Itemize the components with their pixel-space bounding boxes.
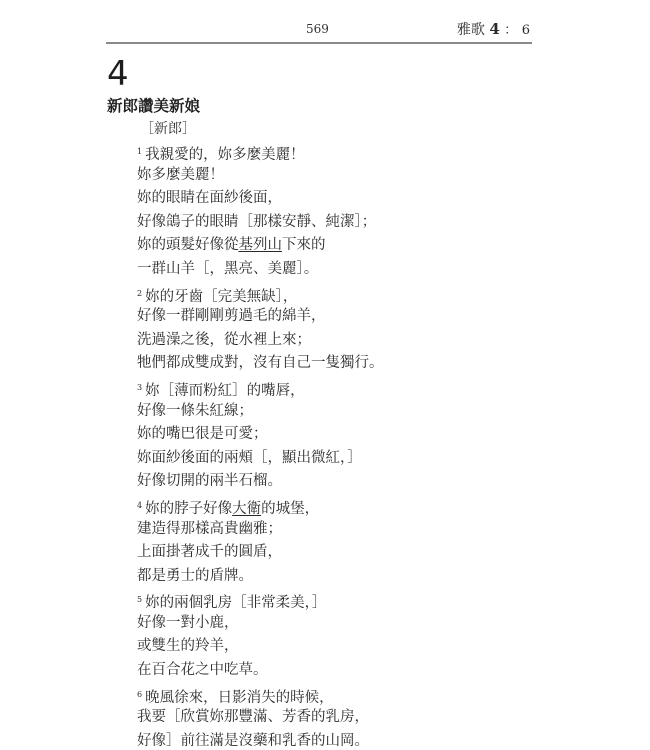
verse-line: 好像一群剛剛剪過毛的綿羊， [137, 305, 384, 329]
verse-line: 洗過澡之後，從水裡上來； [137, 329, 384, 353]
verse-line: 我要［欣賞妳那豐滿、芳香的乳房， [137, 706, 384, 730]
verse-line: 好像一條朱紅線； [137, 400, 384, 424]
verse-line-text: 妳的脖子好像 [145, 501, 232, 517]
running-head-verse: 6 [522, 23, 530, 38]
verse-line: 4妳的脖子好像大衛的城堡， [137, 494, 384, 518]
verse-line-text: 好像切開的兩半石榴。 [137, 473, 282, 489]
verse-line: 妳的頭髮好像從基列山下來的 [137, 234, 384, 258]
verse-line: 5妳的兩個乳房［非常柔美，］ [137, 588, 384, 612]
running-head-separator: ： [504, 23, 517, 38]
verse-line: 一群山羊［，黑亮、美麗］。 [137, 258, 384, 282]
verse-line: 妳的嘴巴很是可愛； [137, 423, 384, 447]
verse-line-text: 好像一對小鹿， [137, 615, 239, 631]
verse-line-text: 上面掛著成千的圓盾， [137, 544, 282, 560]
verse-line-text: 妳的嘴巴很是可愛； [137, 426, 268, 442]
verse-line-text: 妳的兩個乳房［非常柔美，］ [145, 595, 326, 611]
running-head: 雅歌 4 ： 6 [457, 19, 530, 39]
verse-line: 妳多麼美麗！ [137, 164, 384, 188]
verse-line-text: 都是勇士的盾牌。 [137, 568, 253, 584]
verse-line-text: 妳［薄而粉紅］的嘴唇， [145, 383, 305, 399]
verse-line: 好像一對小鹿， [137, 612, 384, 636]
verse-line-text: 妳的頭髮好像從 [137, 237, 239, 253]
verse-line: 牠們都成雙成對，沒有自己一隻獨行。 [137, 352, 384, 376]
verse-line-text: 建造得那樣高貴幽雅； [137, 521, 282, 537]
verse-line: 都是勇士的盾牌。 [137, 565, 384, 589]
verse-line-text: 或雙生的羚羊， [137, 638, 239, 654]
verse-line: 上面掛著成千的圓盾， [137, 541, 384, 565]
chapter-number: 4 [107, 56, 129, 92]
verse-line-text: 在百合花之中吃草。 [137, 662, 268, 678]
verse-line-text: 妳多麼美麗！ [137, 167, 224, 183]
verse-line: 在百合花之中吃草。 [137, 659, 384, 683]
verse-line: 2妳的牙齒［完美無缺］， [137, 282, 384, 306]
verse-number: 5 [137, 595, 142, 604]
section-title: 新郎讚美新娘 [107, 94, 200, 116]
verse-line: 妳面紗後面的兩頰［，顯出微紅，］ [137, 447, 384, 471]
verse-line: 6晚風徐來，日影消失的時候， [137, 683, 384, 707]
verse-line: 妳的眼睛在面紗後面， [137, 187, 384, 211]
header-rule [106, 42, 532, 44]
place-name: 大衛 [232, 501, 261, 517]
verse-line: 建造得那樣高貴幽雅； [137, 518, 384, 542]
verse-line-text: 好像一條朱紅線； [137, 403, 253, 419]
running-head-chapter: 4 [489, 20, 499, 38]
place-name: 基列山 [239, 237, 283, 253]
verse-line-text: 晚風徐來，日影消失的時候， [145, 690, 334, 706]
verse-line-text: 好像］前往滿是沒藥和乳香的山岡。 [137, 733, 369, 749]
verse-number: 6 [137, 690, 142, 699]
verse-text: 1我親愛的，妳多麼美麗！妳多麼美麗！妳的眼睛在面紗後面，好像鴿子的眼睛［那樣安靜… [137, 140, 384, 750]
verse-line: 好像鴿子的眼睛［那樣安靜、純潔］； [137, 211, 384, 235]
verse-line-text: 牠們都成雙成對，沒有自己一隻獨行。 [137, 355, 384, 371]
verse-line: 或雙生的羚羊， [137, 635, 384, 659]
verse-line-text: 洗過澡之後，從水裡上來； [137, 332, 311, 348]
verse-line-text: 妳面紗後面的兩頰［，顯出微紅，］ [137, 450, 362, 466]
verse-line-text: 一群山羊［，黑亮、美麗］。 [137, 261, 318, 277]
verse-line-text: 我要［欣賞妳那豐滿、芳香的乳房， [137, 709, 369, 725]
verse-line: 1我親愛的，妳多麼美麗！ [137, 140, 384, 164]
verse-line: 3妳［薄而粉紅］的嘴唇， [137, 376, 384, 400]
verse-line-text: 好像鴿子的眼睛［那樣安靜、純潔］； [137, 214, 376, 230]
verse-number: 1 [137, 147, 142, 156]
verse-number: 2 [137, 289, 142, 298]
verse-line-text: 妳的眼睛在面紗後面， [137, 190, 282, 206]
running-head-book: 雅歌 [457, 22, 485, 38]
verse-number: 3 [137, 383, 142, 392]
verse-line-text: 我親愛的，妳多麼美麗！ [145, 147, 305, 163]
verse-line-text: 下來的 [282, 237, 326, 253]
speaker-label: ［新郎］ [140, 118, 196, 138]
page-number: 569 [306, 22, 329, 36]
verse-number: 4 [137, 501, 142, 510]
verse-line: 好像切開的兩半石榴。 [137, 470, 384, 494]
verse-line-text: 好像一群剛剛剪過毛的綿羊， [137, 308, 326, 324]
verse-line-text: 的城堡， [261, 501, 319, 517]
verse-line-text: 妳的牙齒［完美無缺］， [145, 289, 297, 305]
verse-line: 好像］前往滿是沒藥和乳香的山岡。 [137, 730, 384, 750]
